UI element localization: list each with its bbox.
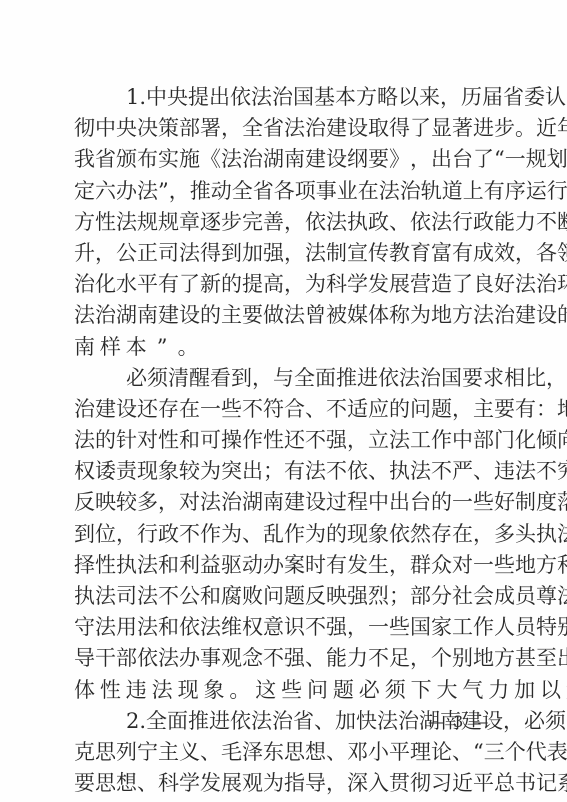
text-line: 要思想、科学发展观为指导，深入贯彻习近平总书记系列重	[74, 768, 490, 799]
text-line: 导干部依法办事观念不强、能力不足，个别地方甚至出现群	[74, 643, 490, 674]
text-line: 到位，行政不作为、乱作为的现象依然存在，多头执法、选	[74, 519, 490, 550]
body-text: 1.中央提出依法治国基本方略以来，历届省委认真贯 彻中央决策部署，全省法治建设取…	[74, 82, 490, 799]
text-line: 我省颁布实施《法治湖南建设纲要》，出台了“一规划两规	[74, 144, 490, 175]
text-line: 治化水平有了新的提高，为科学发展营造了良好法治环境。	[74, 269, 490, 300]
text-line: 择性执法和利益驱动办案时有发生，群众对一些地方和单位	[74, 550, 490, 581]
text-line: 定六办法”，推动全省各项事业在法治轨道上有序运行，地	[74, 176, 490, 207]
text-line: 彻中央决策部署，全省法治建设取得了显著进步。近年来，	[74, 113, 490, 144]
paragraph-2: 必须清醒看到，与全面推进依法治国要求相比，我省法 治建设还存在一些不符合、不适应…	[74, 363, 490, 706]
text-line: 克思列宁主义、毛泽东思想、邓小平理论、“三个代表”重	[74, 737, 490, 768]
document-page: 1.中央提出依法治国基本方略以来，历届省委认真贯 彻中央决策部署，全省法治建设取…	[0, 0, 567, 802]
text-line: 法治湖南建设的主要做法曾被媒体称为地方法治建设的“湖	[74, 300, 490, 331]
text-line: 必须清醒看到，与全面推进依法治国要求相比，我省法	[74, 363, 490, 394]
text-line: 南样本”。	[74, 332, 490, 363]
text-line: 反映较多，对法治湖南建设过程中出台的一些好制度落实不	[74, 487, 490, 518]
text-line: 方性法规规章逐步完善，依法执政、依法行政能力不断提	[74, 207, 490, 238]
text-line: 1.中央提出依法治国基本方略以来，历届省委认真贯	[74, 82, 490, 113]
paragraph-1: 1.中央提出依法治国基本方略以来，历届省委认真贯 彻中央决策部署，全省法治建设取…	[74, 82, 490, 363]
page-number: — 3 —	[428, 712, 490, 731]
text-line: 体性违法现象。这些问题必须下大气力加以解决。	[74, 675, 490, 706]
text-line: 执法司法不公和腐败问题反映强烈；部分社会成员尊法信法	[74, 581, 490, 612]
text-line: 法的针对性和可操作性还不强，立法工作中部门化倾向、争	[74, 425, 490, 456]
text-line: 守法用法和依法维权意识不强，一些国家工作人员特别是领	[74, 612, 490, 643]
text-line: 升，公正司法得到加强，法制宣传教育富有成效，各领域法	[74, 238, 490, 269]
text-line: 治建设还存在一些不符合、不适应的问题，主要有：地方立	[74, 394, 490, 425]
text-line: 权诿责现象较为突出；有法不依、执法不严、违法不究现象	[74, 456, 490, 487]
